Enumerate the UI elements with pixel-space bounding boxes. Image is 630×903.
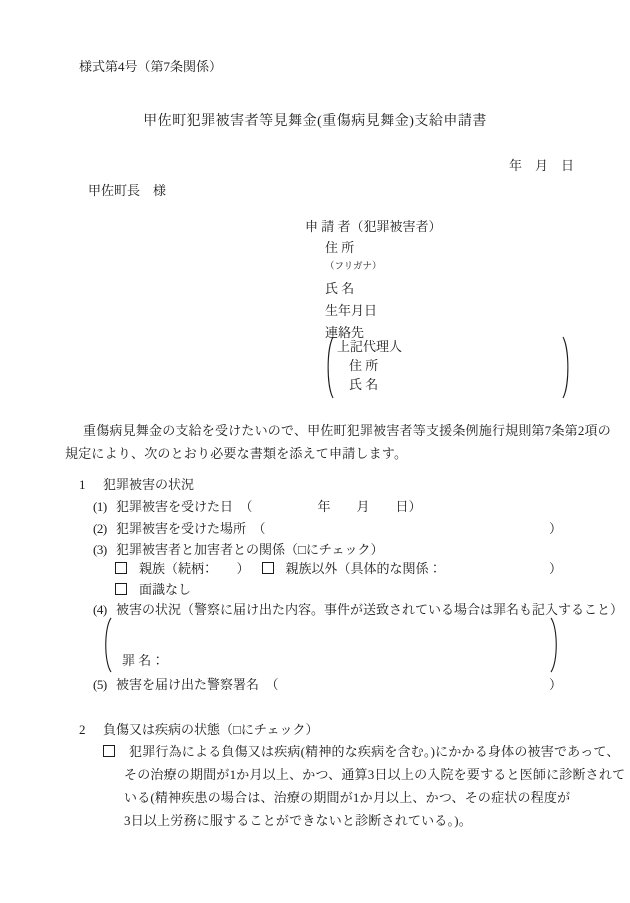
relation-option-non-relative-label: 親族以外（具体的な関係： xyxy=(286,561,442,576)
section2-heading-label: 負傷又は疾病の状態（□にチェック） xyxy=(103,722,318,737)
item2-close-paren: ） xyxy=(549,521,562,537)
checkbox-non-relative xyxy=(262,562,274,574)
item5-label: 被害を届け出た警察署名 （ xyxy=(116,677,279,692)
item4-label: 被害の状況（警察に届け出た内容。事件が送致されている場合は罪名も記入すること） xyxy=(116,602,623,617)
form-number: 様式第4号（第7条関係） xyxy=(79,59,222,75)
page-title: 甲佐町犯罪被害者等見舞金(重傷病見舞金)支給申請書 xyxy=(0,113,630,131)
injury-condition-line2: その治療の期間が1か月以上、かつ、通算3日以上の入院を要すると医師に診断されて xyxy=(124,767,625,783)
section2-number: 2 xyxy=(79,722,103,738)
checkbox-no-acquaintance xyxy=(115,583,127,595)
applicant-birthdate-label: 生年月日 xyxy=(325,303,377,319)
relation-option-no-acquaintance-label: 面識なし xyxy=(139,582,191,597)
damage-description-block: 罪 名： xyxy=(100,617,562,673)
intro-paragraph-line1: 重傷病見舞金の支給を受けたいので、甲佐町犯罪被害者等支援条例施行規則第7条第2項… xyxy=(65,423,611,439)
agent-block: 上記代理人 住 所 氏 名 xyxy=(323,336,573,399)
relation-option-stranger-row: 面識なし xyxy=(115,582,203,598)
section1-heading-label: 犯罪被害の状況 xyxy=(103,477,194,492)
section1-number: 1 xyxy=(79,477,103,493)
injury-condition-line4: 3日以上労務に服することができないと診断されている。)。 xyxy=(124,813,472,829)
item-damage-description: (4)被害の状況（警察に届け出た内容。事件が送致されている場合は罪名も記入するこ… xyxy=(93,602,623,618)
item-police-station: (5)被害を届け出た警察署名 （ xyxy=(93,677,279,693)
item2-number: (2) xyxy=(93,521,116,537)
item3-number: (3) xyxy=(93,542,116,558)
relation-option-close-paren: ） xyxy=(549,561,562,577)
item3-label: 犯罪被害者と加害者との関係（□にチェック） xyxy=(116,542,383,557)
right-parenthesis-icon xyxy=(561,336,573,399)
injury-condition-line1: 犯罪行為による負傷又は疾病(精神的な疾病を含む。)にかかる身体の被害であって、 xyxy=(129,744,620,760)
injury-condition-line3: いる(精神疾患の場合は、治療の期間が1か月以上、かつ、その症状の程度が xyxy=(124,790,570,806)
relation-option-relative-label: 親族（続柄： ） xyxy=(139,561,250,576)
item5-close-paren: ） xyxy=(549,677,562,693)
checkbox-injury-condition xyxy=(103,744,115,760)
agent-address-label: 住 所 xyxy=(349,358,378,374)
application-form-page: 様式第4号（第7条関係） 甲佐町犯罪被害者等見舞金(重傷病見舞金)支給申請書 年… xyxy=(0,0,630,903)
intro-paragraph-line2: 規定により、次のとおり必要な書類を添えて申請します。 xyxy=(65,446,407,462)
item2-label: 犯罪被害を受けた場所 （ xyxy=(116,521,266,536)
agent-name-label: 氏 名 xyxy=(349,377,378,393)
agent-heading: 上記代理人 xyxy=(337,339,402,355)
applicant-heading: 申 請 者（犯罪被害者） xyxy=(305,219,442,235)
item1-label: 犯罪被害を受けた日 （ 年 月 日） xyxy=(116,499,422,514)
item-crime-date: (1)犯罪被害を受けた日 （ 年 月 日） xyxy=(93,499,422,515)
right-parenthesis-icon xyxy=(549,617,562,673)
item-relation: (3)犯罪被害者と加害者との関係（□にチェック） xyxy=(93,542,383,558)
relation-options-row: 親族（続柄： ）親族以外（具体的な関係： xyxy=(115,561,454,577)
left-parenthesis-icon xyxy=(323,336,335,399)
left-parenthesis-icon xyxy=(100,617,113,673)
item5-number: (5) xyxy=(93,677,116,693)
checkbox-icon xyxy=(103,745,115,757)
applicant-name-label: 氏 名 xyxy=(325,281,354,297)
section2-heading: 2負傷又は疾病の状態（□にチェック） xyxy=(79,722,318,738)
item4-number: (4) xyxy=(93,602,116,618)
applicant-furigana-label: （フリガナ） xyxy=(325,262,382,274)
date-line: 年 月 日 xyxy=(509,158,574,174)
checkbox-relative xyxy=(115,562,127,574)
item-crime-place: (2)犯罪被害を受けた場所 （ xyxy=(93,521,266,537)
crime-name-label: 罪 名： xyxy=(122,653,164,669)
applicant-address-label: 住 所 xyxy=(325,240,354,256)
item1-number: (1) xyxy=(93,499,116,515)
section1-heading: 1犯罪被害の状況 xyxy=(79,477,194,493)
addressee: 甲佐町長 様 xyxy=(88,183,166,199)
